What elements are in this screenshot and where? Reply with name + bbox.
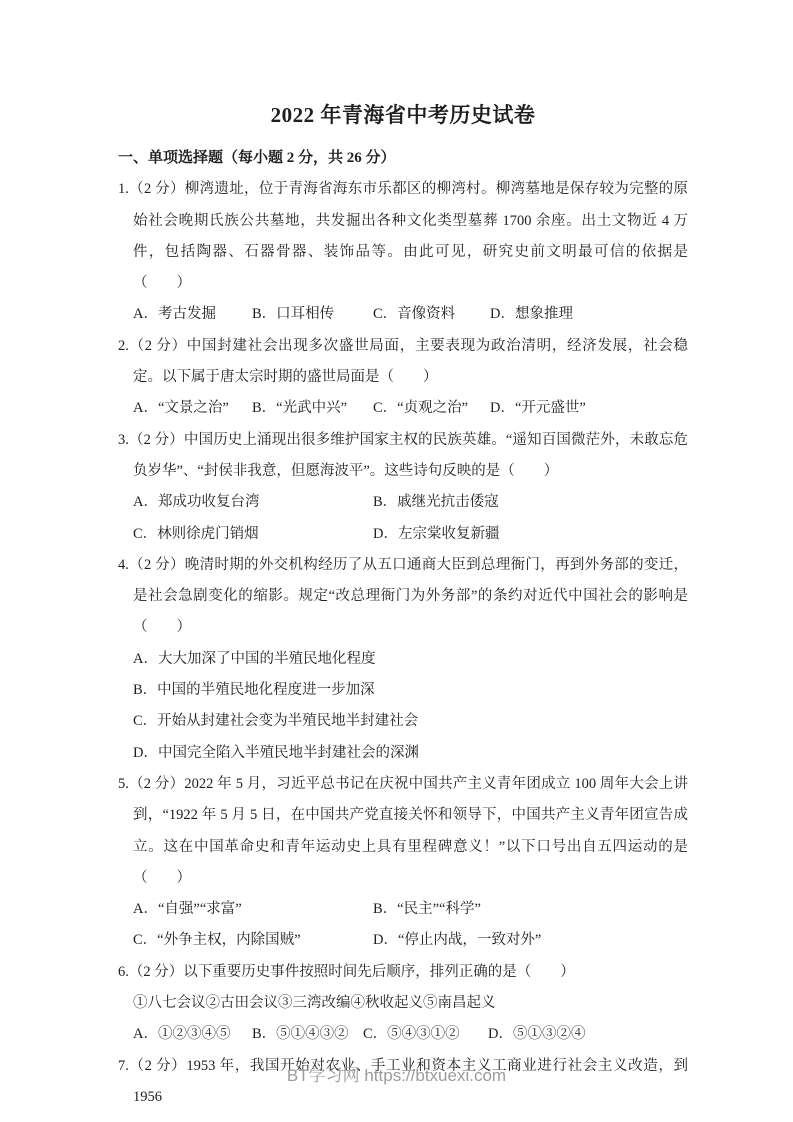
option-c: C．开始从封建社会变为半殖民地半封建社会: [133, 706, 688, 737]
question-6-options: A．①②③④⑤ B．⑤①④③② C．⑤④③①② D．⑤①③②④: [118, 1019, 688, 1050]
option-a: A．“文景之治”: [133, 393, 252, 424]
option-a: A．大大加深了中国的半殖民地化程度: [133, 644, 688, 675]
option-d: D．想象推理: [490, 299, 688, 330]
option-d: D．左宗棠收复新疆: [373, 519, 688, 550]
question-4-options: A．大大加深了中国的半殖民地化程度 B．中国的半殖民地化程度进一步加深 C．开始…: [118, 644, 688, 769]
exam-content: 2022 年青海省中考历史试卷 一、单项选择题（每小题 2 分，共 26 分） …: [118, 100, 688, 1113]
question-2-options: A．“文景之治” B．“光武中兴” C．“贞观之治” D．“开元盛世”: [118, 393, 688, 424]
option-b: B．“民主”“科学”: [373, 894, 688, 925]
exam-title: 2022 年青海省中考历史试卷: [118, 100, 688, 130]
question-6: 6.（2 分）以下重要历史事件按照时间先后顺序，排列正确的是（ ） ①八七会议②…: [118, 957, 688, 1051]
option-a: A．“自强”“求富”: [133, 894, 373, 925]
question-1-stem: 1.（2 分）柳湾遗址，位于青海省海东市乐都区的柳湾村。柳湾墓地是保存较为完整的…: [118, 174, 688, 299]
question-6-stem: 6.（2 分）以下重要历史事件按照时间先后顺序，排列正确的是（ ）: [118, 957, 688, 988]
question-5-stem: 5.（2 分）2022 年 5 月，习近平总书记在庆祝中国共产主义青年团成立 1…: [118, 769, 688, 894]
question-4-stem: 4.（2 分）晚清时期的外交机构经历了从五口通商大臣到总理衙门，再到外务部的变迁…: [118, 550, 688, 644]
footer-watermark: BT学习网 https://btxuexi.com: [0, 1063, 793, 1089]
option-c: C．音像资料: [373, 299, 490, 330]
option-c: C．林则徐虎门销烟: [133, 519, 373, 550]
option-b: B．⑤①④③②: [252, 1019, 363, 1050]
option-a: A．郑成功收复台湾: [133, 487, 373, 518]
option-d: D．⑤①③②④: [488, 1019, 688, 1050]
question-6-items: ①八七会议②古田会议③三湾改编④秋收起义⑤南昌起义: [118, 988, 688, 1019]
question-2: 2.（2 分）中国封建社会出现多次盛世局面，主要表现为政治清明，经济发展，社会稳…: [118, 331, 688, 425]
option-b: B．口耳相传: [252, 299, 373, 330]
option-c: C．“贞观之治”: [373, 393, 490, 424]
option-c: C．⑤④③①②: [363, 1019, 488, 1050]
question-3-stem: 3.（2 分）中国历史上涌现出很多维护国家主权的民族英雄。“遥知百国微茫外，未敢…: [118, 425, 688, 488]
option-b: B．戚继光抗击倭寇: [373, 487, 688, 518]
option-d: D．“开元盛世”: [490, 393, 688, 424]
exam-page: 2022 年青海省中考历史试卷 一、单项选择题（每小题 2 分，共 26 分） …: [0, 0, 793, 1122]
section-header: 一、单项选择题（每小题 2 分，共 26 分）: [118, 143, 688, 174]
option-c: C．“外争主权，内除国贼”: [133, 925, 373, 956]
question-4: 4.（2 分）晚清时期的外交机构经历了从五口通商大臣到总理衙门，再到外务部的变迁…: [118, 550, 688, 769]
option-a: A．①②③④⑤: [133, 1019, 252, 1050]
question-3-options: A．郑成功收复台湾 B．戚继光抗击倭寇 C．林则徐虎门销烟 D．左宗棠收复新疆: [118, 487, 688, 550]
question-5: 5.（2 分）2022 年 5 月，习近平总书记在庆祝中国共产主义青年团成立 1…: [118, 769, 688, 957]
question-5-options: A．“自强”“求富” B．“民主”“科学” C．“外争主权，内除国贼” D．“停…: [118, 894, 688, 957]
question-1-options: A．考古发掘 B．口耳相传 C．音像资料 D．想象推理: [118, 299, 688, 330]
option-d: D．“停止内战，一致对外”: [373, 925, 688, 956]
option-b: B．“光武中兴”: [252, 393, 373, 424]
option-a: A．考古发掘: [133, 299, 252, 330]
option-b: B．中国的半殖民地化程度进一步加深: [133, 675, 688, 706]
question-3: 3.（2 分）中国历史上涌现出很多维护国家主权的民族英雄。“遥知百国微茫外，未敢…: [118, 425, 688, 550]
question-2-stem: 2.（2 分）中国封建社会出现多次盛世局面，主要表现为政治清明，经济发展，社会稳…: [118, 331, 688, 394]
question-1: 1.（2 分）柳湾遗址，位于青海省海东市乐都区的柳湾村。柳湾墓地是保存较为完整的…: [118, 174, 688, 330]
option-d: D．中国完全陷入半殖民地半封建社会的深渊: [133, 738, 688, 769]
